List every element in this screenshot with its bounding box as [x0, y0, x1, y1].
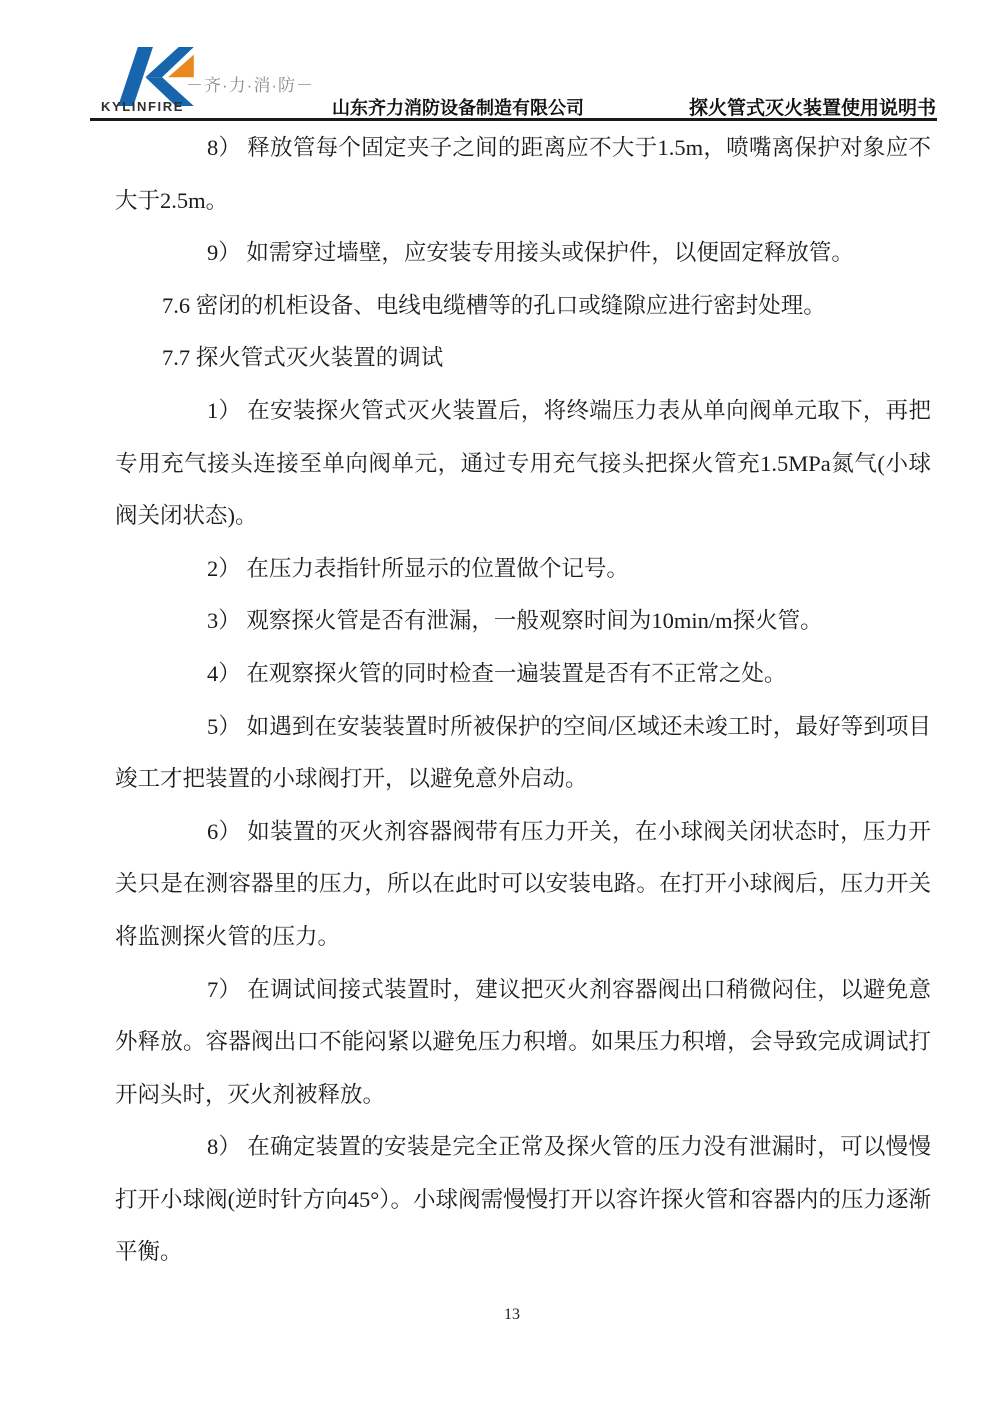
body-paragraph: 5） 如遇到在安装装置时所被保护的空间/区域还未竣工时，最好等到项目竣工才把装置… [115, 701, 931, 806]
body-paragraph: 2） 在压力表指针所显示的位置做个记号。 [115, 543, 931, 596]
body-paragraph: 3） 观察探火管是否有泄漏，一般观察时间为10min/m探火管。 [115, 595, 931, 648]
brand-slogan: －齐·力·消·防－ [186, 71, 314, 96]
body-paragraph: 8） 释放管每个固定夹子之间的距离应不大于1.5m，喷嘴离保护对象应不大于2.5… [115, 122, 931, 227]
body-paragraph: 7.7 探火管式灭火装置的调试 [115, 332, 931, 385]
company-name: 山东齐力消防设备制造有限公司 [332, 94, 584, 120]
body-paragraph: 8） 在确定装置的安装是完全正常及探火管的压力没有泄漏时，可以慢慢打开小球阀(逆… [115, 1121, 931, 1279]
page-number: 13 [0, 1306, 1000, 1324]
document-title: 探火管式灭火装置使用说明书 [689, 93, 936, 120]
document-page: KYLINFIRE －齐·力·消·防－ 山东齐力消防设备制造有限公司 探火管式灭… [0, 0, 1000, 1414]
body-paragraph: 9） 如需穿过墙壁，应安装专用接头或保护件，以便固定释放管。 [115, 227, 931, 280]
body-paragraph: 4） 在观察探火管的同时检查一遍装置是否有不正常之处。 [115, 648, 931, 701]
body-paragraph: 1） 在安装探火管式灭火装置后，将终端压力表从单向阀单元取下，再把专用充气接头连… [115, 385, 931, 543]
document-body: 8） 释放管每个固定夹子之间的距离应不大于1.5m，喷嘴离保护对象应不大于2.5… [115, 122, 931, 1279]
body-paragraph: 6） 如装置的灭火剂容器阀带有压力开关，在小球阀关闭状态时，压力开关只是在测容器… [115, 806, 931, 964]
body-paragraph: 7） 在调试间接式装置时，建议把灭火剂容器阀出口稍微闷住，以避免意外释放。容器阀… [115, 964, 931, 1122]
header-rule [90, 118, 937, 121]
brand-name: KYLINFIRE [101, 99, 184, 114]
kylinfire-logo-icon [118, 47, 194, 106]
body-paragraph: 7.6 密闭的机柜设备、电线电缆槽等的孔口或缝隙应进行密封处理。 [115, 280, 931, 333]
